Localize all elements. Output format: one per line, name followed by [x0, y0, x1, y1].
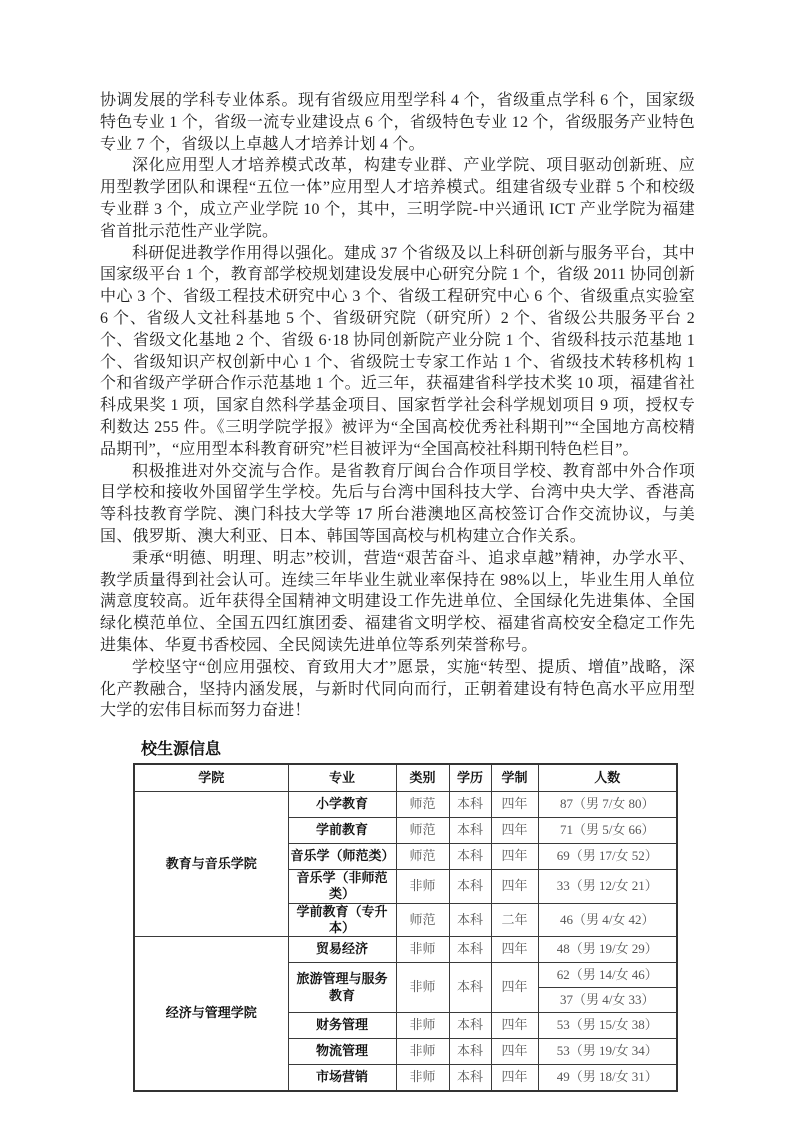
category-cell: 非师	[396, 1013, 449, 1039]
major-cell: 市场营销	[288, 1065, 396, 1092]
count-cell: 49（男 18/女 31）	[538, 1065, 677, 1092]
degree-cell: 本科	[449, 792, 491, 818]
header-degree: 学历	[449, 764, 491, 792]
degree-cell: 本科	[449, 1039, 491, 1065]
section-title: 校生源信息	[141, 736, 695, 759]
category-cell: 师范	[396, 844, 449, 870]
count-cell: 69（男 17/女 52）	[538, 844, 677, 870]
count-cell: 87（男 7/女 80）	[538, 792, 677, 818]
header-count: 人数	[538, 764, 677, 792]
duration-cell: 四年	[491, 1039, 538, 1065]
duration-cell: 四年	[491, 1013, 538, 1039]
major-cell: 音乐学（非师范类）	[288, 870, 396, 904]
category-cell: 师范	[396, 903, 449, 937]
degree-cell: 本科	[449, 870, 491, 904]
major-cell: 学前教育（专升本）	[288, 903, 396, 937]
count-cell: 33（男 12/女 21）	[538, 870, 677, 904]
major-cell: 物流管理	[288, 1039, 396, 1065]
category-cell: 非师	[396, 1065, 449, 1092]
header-duration: 学制	[491, 764, 538, 792]
degree-cell: 本科	[449, 818, 491, 844]
paragraph-1: 协调发展的学科专业体系。现有省级应用型学科 4 个，省级重点学科 6 个，国家级…	[100, 90, 695, 155]
paragraph-3: 科研促进教学作用得以强化。建成 37 个省级及以上科研创新与服务平台，其中国家级…	[100, 243, 695, 461]
count-cell: 48（男 19/女 29）	[538, 937, 677, 963]
duration-cell: 四年	[491, 870, 538, 904]
degree-cell: 本科	[449, 1013, 491, 1039]
header-category: 类别	[396, 764, 449, 792]
duration-cell: 四年	[491, 1065, 538, 1092]
text-block: 协调发展的学科专业体系。现有省级应用型学科 4 个，省级重点学科 6 个，国家级…	[100, 90, 695, 1092]
category-cell: 非师	[396, 937, 449, 963]
category-cell: 非师	[396, 870, 449, 904]
document-page: 协调发展的学科专业体系。现有省级应用型学科 4 个，省级重点学科 6 个，国家级…	[0, 0, 793, 1122]
duration-cell: 四年	[491, 844, 538, 870]
major-cell: 旅游管理与服务教育	[288, 963, 396, 1013]
category-cell: 非师	[396, 1039, 449, 1065]
major-cell: 财务管理	[288, 1013, 396, 1039]
count-cell: 53（男 15/女 38）	[538, 1013, 677, 1039]
table-row: 经济与管理学院 贸易经济 非师 本科 四年 48（男 19/女 29）	[134, 937, 677, 963]
paragraph-4: 积极推进对外交流与合作。是省教育厅闽台合作项目学校、教育部中外合作项目学校和接收…	[100, 461, 695, 548]
table-row: 教育与音乐学院 小学教育 师范 本科 四年 87（男 7/女 80）	[134, 792, 677, 818]
major-cell: 贸易经济	[288, 937, 396, 963]
degree-cell: 本科	[449, 903, 491, 937]
count-cell: 62（男 14/女 46）	[538, 963, 677, 988]
paragraph-5: 秉承“明德、明理、明志”校训，营造“艰苦奋斗、追求卓越”精神，办学水平、教学质量…	[100, 548, 695, 657]
college-cell: 教育与音乐学院	[134, 792, 288, 937]
count-cell: 37（男 4/女 33）	[538, 988, 677, 1013]
count-cell: 46（男 4/女 42）	[538, 903, 677, 937]
major-cell: 学前教育	[288, 818, 396, 844]
duration-cell: 四年	[491, 937, 538, 963]
paragraph-6: 学校坚守“创应用强校、育致用大才”愿景，实施“转型、提质、增值”战略，深化产教融…	[100, 657, 695, 722]
category-cell: 师范	[396, 792, 449, 818]
duration-cell: 四年	[491, 963, 538, 1013]
degree-cell: 本科	[449, 963, 491, 1013]
duration-cell: 二年	[491, 903, 538, 937]
category-cell: 非师	[396, 963, 449, 1013]
category-cell: 师范	[396, 818, 449, 844]
duration-cell: 四年	[491, 818, 538, 844]
count-cell: 71（男 5/女 66）	[538, 818, 677, 844]
enrollment-table: 学院 专业 类别 学历 学制 人数 教育与音乐学院 小学教育 师范 本科 四年 …	[133, 763, 678, 1092]
header-college: 学院	[134, 764, 288, 792]
degree-cell: 本科	[449, 844, 491, 870]
college-cell: 经济与管理学院	[134, 937, 288, 1092]
duration-cell: 四年	[491, 792, 538, 818]
degree-cell: 本科	[449, 1065, 491, 1092]
major-cell: 音乐学（师范类）	[288, 844, 396, 870]
count-cell: 53（男 19/女 34）	[538, 1039, 677, 1065]
degree-cell: 本科	[449, 937, 491, 963]
table-header-row: 学院 专业 类别 学历 学制 人数	[134, 764, 677, 792]
header-major: 专业	[288, 764, 396, 792]
paragraph-2: 深化应用型人才培养模式改革，构建专业群、产业学院、项目驱动创新班、应用型教学团队…	[100, 155, 695, 242]
major-cell: 小学教育	[288, 792, 396, 818]
